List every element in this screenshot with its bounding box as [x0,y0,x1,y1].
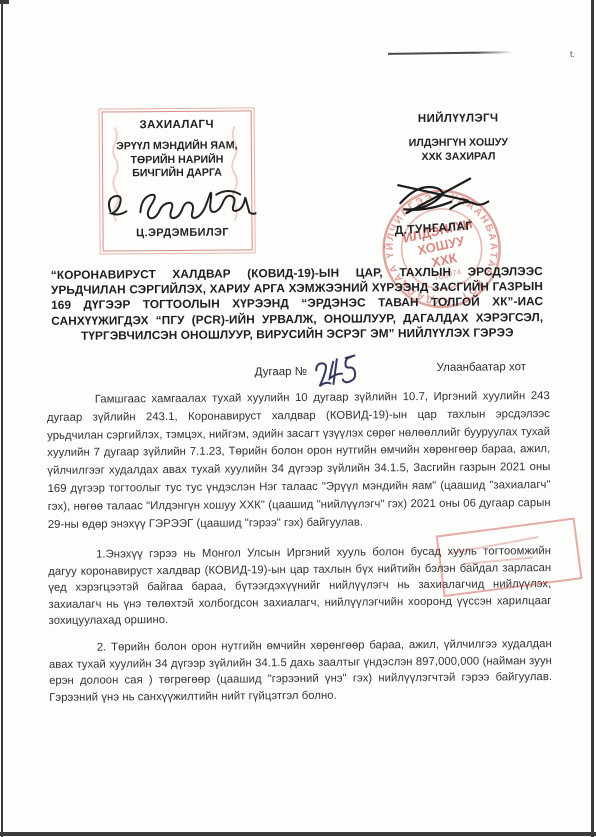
contract-title: “КОРОНАВИРУСТ ХАЛДВАР (КОВИД-19)-ЫН ЦАР,… [51,264,544,344]
org-line: ИЛДЭНГҮН ХОШУУ [376,136,541,151]
signature-erdembileg [96,180,256,227]
signature-block-orderer: ЗАХИАЛАГЧ ЭРҮҮЛ МЭНДИЙН ЯАМ, ТӨРИЙН НАРИ… [102,108,253,249]
paragraph-intro: Гамшгаас хамгаалах тухай хуулийн 10 дуга… [47,388,551,534]
document-content: ЗАХИАЛАГЧ ЭРҮҮЛ МЭНДИЙН ЯАМ, ТӨРИЙН НАРИ… [0,0,596,837]
party-role-left: ЗАХИАЛАГЧ [102,118,252,131]
scanned-contract-page: t. ЗАХИАЛАГЧ ЭРҮҮЛ МЭНДИЙН ЯАМ, ТӨРИЙН Н… [0,0,596,837]
org-line: ТӨРИЙН НАРИЙН [102,153,252,168]
party-org-left: ЭРҮҮЛ МЭНДИЙН ЯАМ, ТӨРИЙН НАРИЙН БИЧГИЙН… [102,139,252,181]
paragraph-clause2: 2. Төрийн болон орон нутгийн өмчийн хөрө… [49,636,552,706]
signatory-name-left: Ц.ЭРДЭМБИЛЭГ [112,226,252,239]
org-line: БИЧГИЙН ДАРГА [102,166,252,181]
signature-block-supplier: НИЙЛҮҮЛЭГЧ ИЛДЭНГҮН ХОШУУ ХХК ЗАХИРАЛ ХУ… [376,108,541,164]
signature-tungalag [384,166,514,227]
city-label: Улаанбаатар хот [437,361,526,374]
number-label: Дугаар № [255,366,308,378]
handwritten-contract-number [310,354,358,390]
party-role-right: НИЙЛҮҮЛЭГЧ [376,112,541,125]
org-line: ЭРҮҮЛ МЭНДИЙН ЯАМ, [102,139,252,154]
